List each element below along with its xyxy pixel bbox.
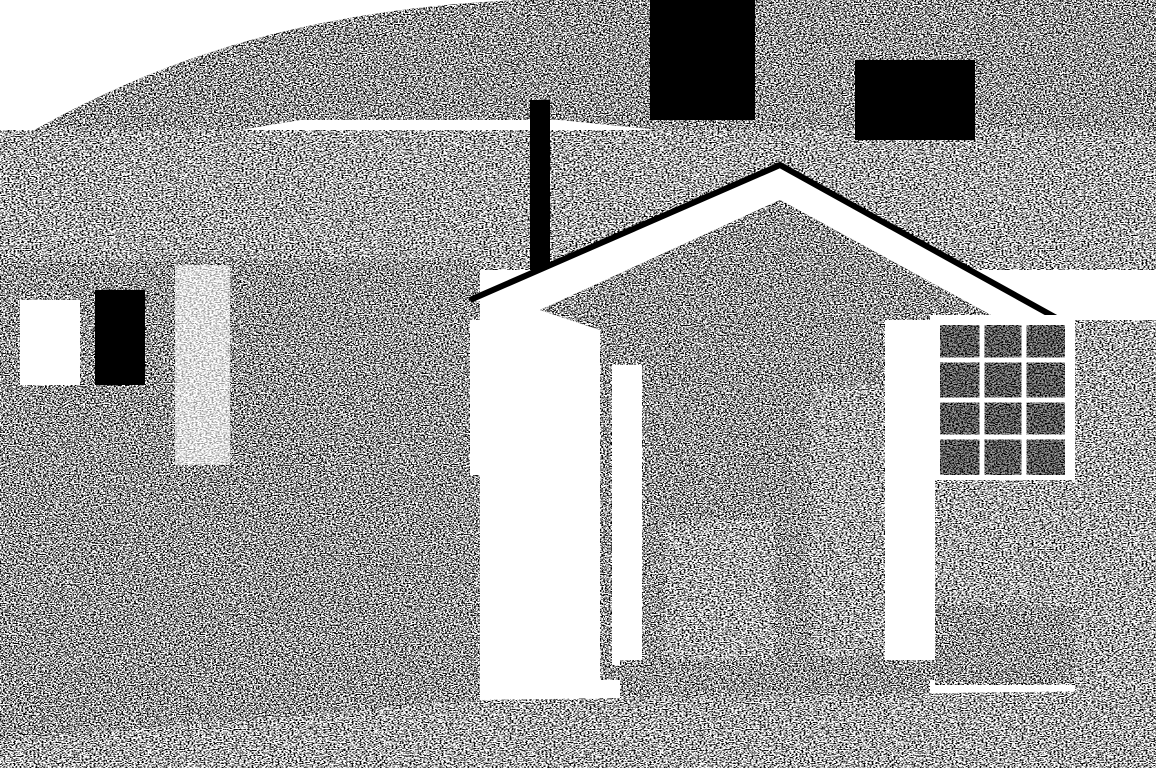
porch-side-wall (885, 320, 935, 660)
porch (600, 320, 940, 680)
upper-wall-light (0, 130, 1156, 270)
porch-pillar (612, 365, 642, 665)
right-window (930, 315, 1080, 505)
drainpipe (530, 100, 550, 270)
photograph (0, 0, 1156, 768)
building-photo (0, 0, 1156, 768)
